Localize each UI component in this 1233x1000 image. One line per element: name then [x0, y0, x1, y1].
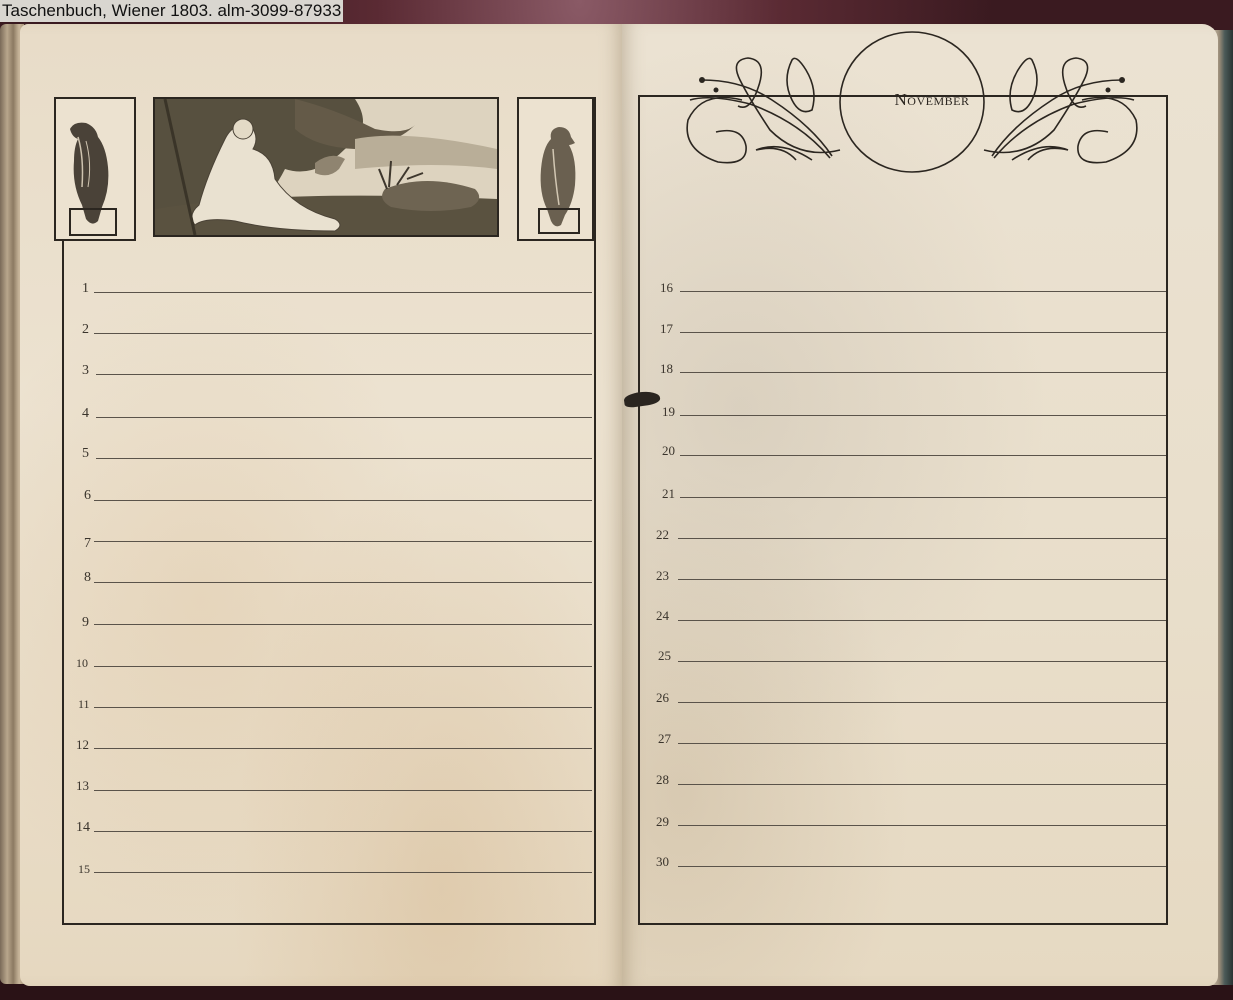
entry-line[interactable] — [678, 743, 1166, 744]
day-number: 13 — [76, 779, 89, 793]
entry-line[interactable] — [94, 624, 592, 625]
day-number: 29 — [656, 815, 669, 829]
entry-line[interactable] — [680, 332, 1166, 333]
entry-line[interactable] — [678, 579, 1166, 580]
flourish-ornament-icon — [682, 30, 1142, 190]
entry-line[interactable] — [96, 374, 592, 375]
day-number: 22 — [656, 528, 669, 542]
entry-line[interactable] — [678, 661, 1166, 662]
entry-line[interactable] — [94, 500, 592, 501]
day-number: 17 — [660, 322, 673, 336]
entry-line[interactable] — [94, 831, 592, 832]
day-number: 5 — [82, 447, 89, 461]
eagle-icon — [54, 97, 136, 241]
entry-line[interactable] — [680, 372, 1166, 373]
entry-line[interactable] — [680, 455, 1166, 456]
left-page: 1 2 3 4 5 6 7 8 9 10 11 12 13 14 15 — [20, 24, 622, 986]
day-number: 15 — [78, 862, 90, 876]
entry-line[interactable] — [94, 666, 592, 667]
entry-line[interactable] — [94, 541, 592, 542]
month-cartouche: November — [682, 30, 1142, 190]
entry-line[interactable] — [94, 872, 592, 873]
engraving-huntress-image — [153, 97, 499, 237]
day-number: 4 — [82, 407, 89, 421]
entry-line[interactable] — [680, 497, 1166, 498]
day-number: 20 — [662, 444, 675, 458]
day-number: 28 — [656, 773, 669, 787]
day-number: 2 — [82, 323, 89, 337]
entry-line[interactable] — [94, 707, 592, 708]
entry-line[interactable] — [678, 620, 1166, 621]
day-number: 8 — [84, 571, 91, 585]
day-number: 1 — [82, 282, 89, 296]
entry-line[interactable] — [94, 582, 592, 583]
entry-line[interactable] — [678, 538, 1166, 539]
day-number: 10 — [76, 656, 88, 670]
day-number: 11 — [78, 697, 90, 711]
entry-line[interactable] — [94, 292, 592, 293]
day-number: 24 — [656, 609, 669, 623]
day-number: 25 — [658, 649, 671, 663]
day-number: 19 — [662, 405, 675, 419]
day-number: 30 — [656, 855, 669, 869]
image-caption: Taschenbuch, Wiener 1803. alm-3099-87933 — [0, 0, 343, 22]
entry-line[interactable] — [678, 784, 1166, 785]
entry-line[interactable] — [680, 291, 1166, 292]
day-number: 7 — [84, 537, 91, 551]
entry-line[interactable] — [678, 825, 1166, 826]
day-number: 3 — [82, 364, 89, 378]
entry-line[interactable] — [680, 415, 1166, 416]
right-page-frame — [638, 95, 1168, 925]
entry-line[interactable] — [678, 866, 1166, 867]
day-number: 27 — [658, 732, 671, 746]
month-title: November — [862, 90, 1002, 110]
entry-line[interactable] — [94, 333, 592, 334]
day-number: 14 — [76, 821, 90, 835]
day-number: 21 — [662, 487, 675, 501]
eagle-icon — [517, 97, 594, 241]
day-number: 9 — [82, 616, 89, 630]
day-number: 23 — [656, 569, 669, 583]
day-number: 18 — [660, 362, 673, 376]
day-number: 26 — [656, 691, 669, 705]
day-number: 12 — [76, 738, 89, 752]
entry-line[interactable] — [678, 702, 1166, 703]
entry-line[interactable] — [94, 790, 592, 791]
right-page: November 16 17 18 19 20 21 22 23 24 25 2… — [622, 24, 1218, 986]
entry-line[interactable] — [96, 458, 592, 459]
entry-line[interactable] — [96, 417, 592, 418]
day-number: 6 — [84, 489, 91, 503]
day-number: 16 — [660, 281, 673, 295]
entry-line[interactable] — [94, 748, 592, 749]
